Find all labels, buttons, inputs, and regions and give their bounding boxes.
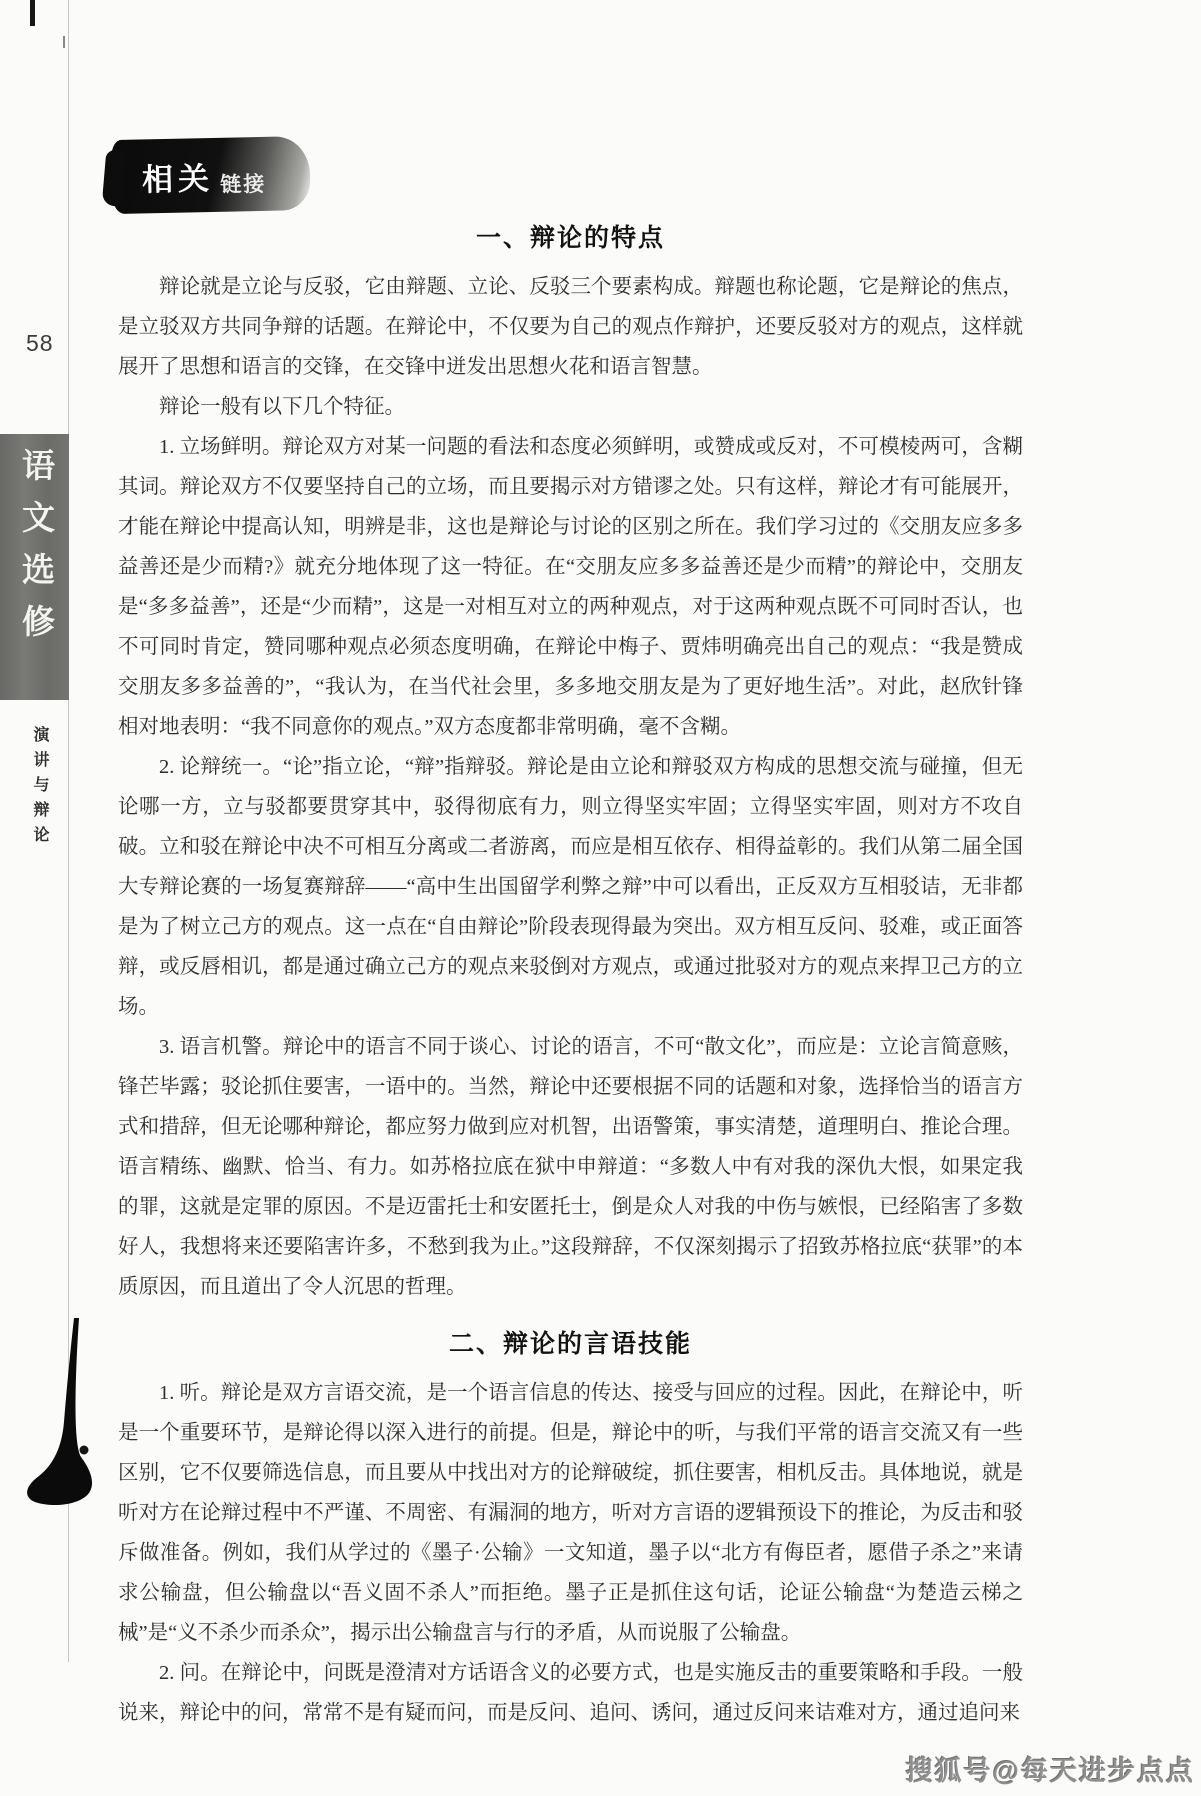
scan-mark-small <box>63 36 65 48</box>
series-spine-box: 语文选修 <box>0 434 69 700</box>
paragraph: 2. 论辩统一。“论”指立论，“辩”指辩驳。辩论是由立论和辩驳双方构成的思想交流… <box>118 747 1023 1027</box>
paragraph: 1. 听。辩论是双方言语交流，是一个语言信息的传达、接受与回应的过程。因此，在辩… <box>118 1373 1023 1653</box>
badge-text-sub: 链接 <box>220 168 267 199</box>
subject-title: 演讲与辩论 <box>28 726 51 851</box>
page-number: 58 <box>26 330 54 357</box>
watermark: 搜狐号@每天进步点点 <box>906 1749 1195 1788</box>
section-2-heading: 二、辩论的言语技能 <box>118 1324 1023 1360</box>
textbook-page: 58 语文选修 演讲与辩论 相关 链接 一、辩论的特点 辩论就是立论与反驳，它由… <box>0 0 1201 1796</box>
main-text-column: 一、辩论的特点 辩论就是立论与反驳，它由辩题、立论、反驳三个要素构成。辩题也称论… <box>118 218 1023 1733</box>
scan-mark-top <box>30 0 35 26</box>
paragraph: 3. 语言机警。辩论中的语言不同于谈心、讨论的语言，不可“散文化”，而应是：立论… <box>118 1027 1023 1307</box>
paragraph: 2. 问。在辩论中，问既是澄清对方话语含义的必要方式，也是实施反击的重要策略和手… <box>118 1653 1023 1733</box>
section-1-heading: 一、辩论的特点 <box>118 218 1023 254</box>
badge-text-main: 相关 <box>142 152 215 198</box>
series-title: 语文选修 <box>18 434 51 700</box>
paragraph: 辩论一般有以下几个特征。 <box>118 387 1023 427</box>
paragraph: 辩论就是立论与反驳，它由辩题、立论、反驳三个要素构成。辩题也称论题，它是辩论的焦… <box>118 267 1023 387</box>
ink-brush-decoration <box>18 1318 102 1510</box>
paragraph: 1. 立场鲜明。辩论双方对某一问题的看法和态度必须鲜明，或赞成或反对，不可模棱两… <box>118 427 1023 747</box>
related-links-badge: 相关 链接 <box>111 136 311 214</box>
